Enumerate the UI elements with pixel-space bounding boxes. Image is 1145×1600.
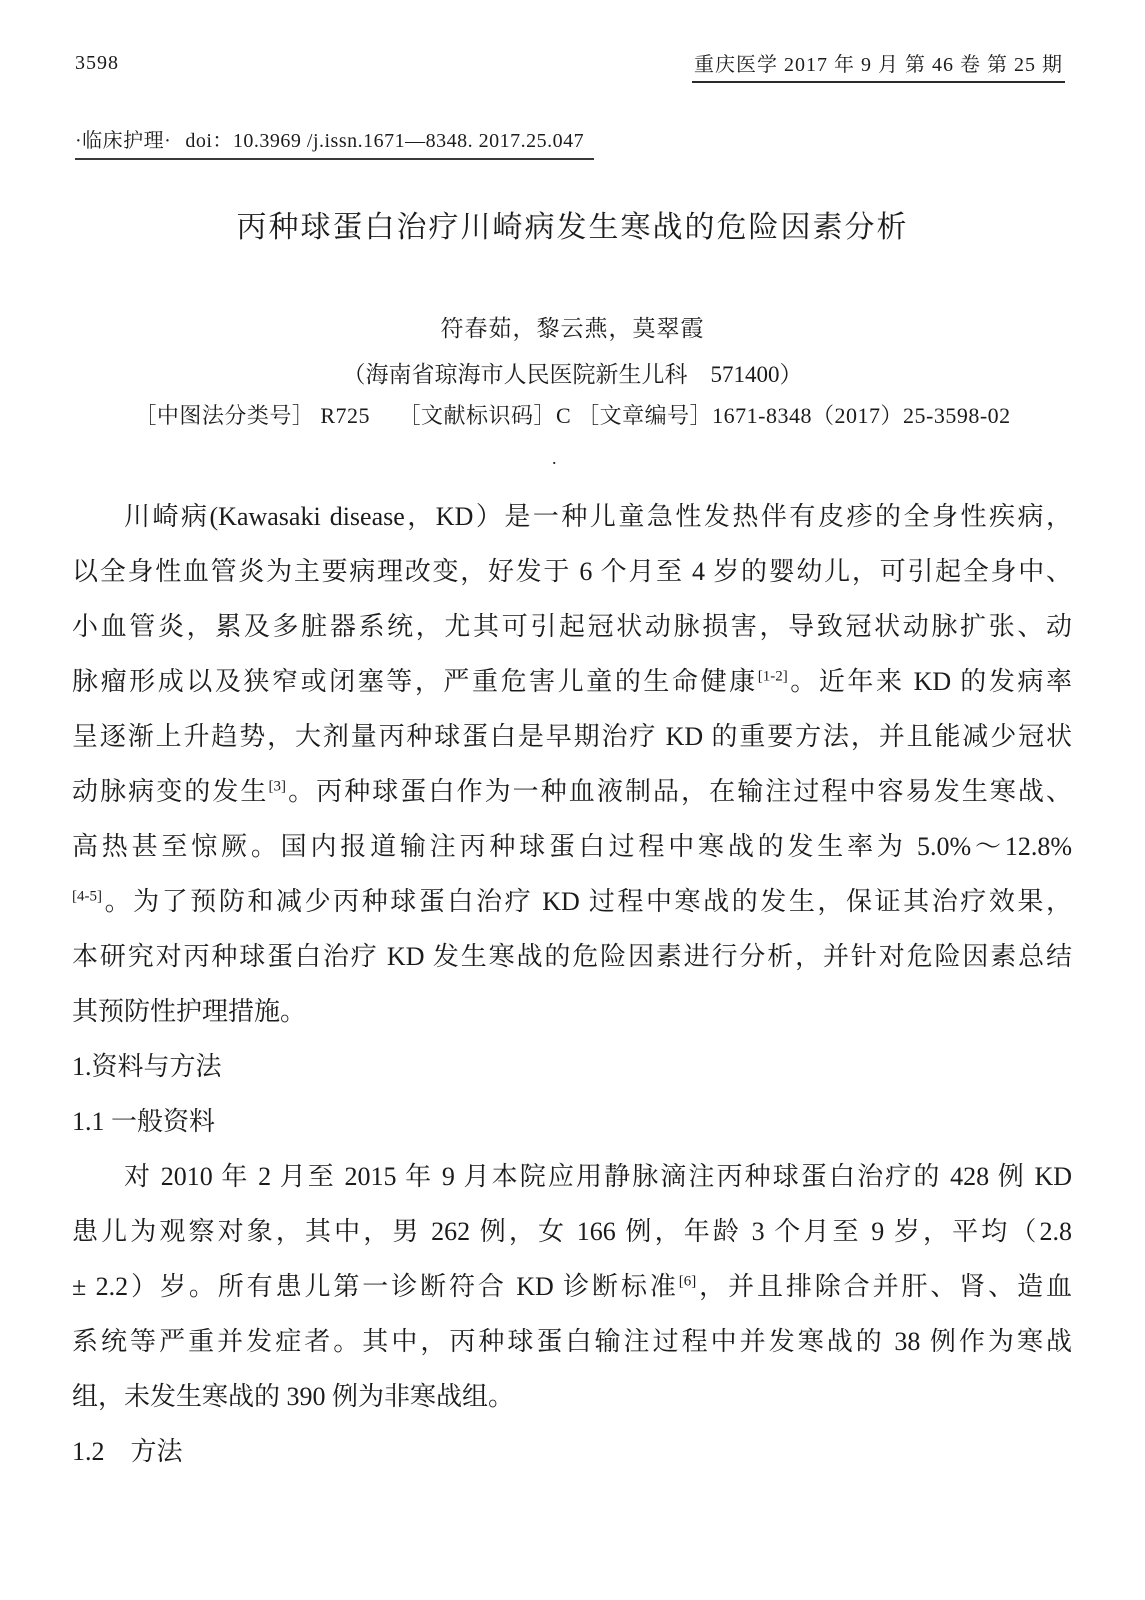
text-segment: 高热甚至惊厥。国内报道输注丙种球蛋白过程中寒战的发生率为 5.0%～12.8% xyxy=(72,832,1072,861)
body-line: 小血管炎，累及多脏器系统，尤其可引起冠状动脉损害，导致冠状动脉扩张、动 xyxy=(72,599,1072,654)
text-segment: 本研究对丙种球蛋白治疗 KD 发生寒战的危险因素进行分析，并针对危险因素总结 xyxy=(72,942,1072,971)
text-segment: ± 2.2）岁。所有患儿第一诊断符合 KD 诊断标准 xyxy=(72,1272,679,1301)
body-line: 系统等严重并发症者。其中，丙种球蛋白输注过程中并发寒战的 38 例作为寒战 xyxy=(72,1314,1072,1369)
text-segment: 动脉病变的发生 xyxy=(72,777,269,806)
section-heading: 1.2 方法 xyxy=(72,1424,1072,1479)
affiliation: （海南省琼海市人民医院新生儿科 571400） xyxy=(0,356,1145,389)
body-line: 患儿为观察对象，其中，男 262 例，女 166 例，年龄 3 个月至 9 岁，… xyxy=(72,1204,1072,1259)
body-line: 以全身性血管炎为主要病理改变，好发于 6 个月至 4 岁的婴幼儿，可引起全身中、 xyxy=(72,544,1072,599)
body-line: 对 2010 年 2 月至 2015 年 9 月本院应用静脉滴注丙种球蛋白治疗的… xyxy=(72,1149,1072,1204)
text-segment: ，并且排除合并肝、肾、造血 xyxy=(696,1272,1072,1301)
body-line: 呈逐渐上升趋势，大剂量丙种球蛋白是早期治疗 KD 的重要方法，并且能减少冠状 xyxy=(72,709,1072,764)
section-label: ·临床护理· xyxy=(75,130,171,152)
text-segment: 1.资料与方法 xyxy=(72,1052,222,1081)
text-segment: 。丙种球蛋白作为一种血液制品，在输注过程中容易发生寒战、 xyxy=(286,777,1072,806)
journal-page: 3598 重庆医学 2017 年 9 月 第 46 卷 第 25 期 ·临床护理… xyxy=(0,0,1145,1600)
text-segment: 小血管炎，累及多脏器系统，尤其可引起冠状动脉损害，导致冠状动脉扩张、动 xyxy=(72,612,1072,641)
text-segment: 患儿为观察对象，其中，男 262 例，女 166 例，年龄 3 个月至 9 岁，… xyxy=(72,1217,1072,1246)
body-line: 川崎病(Kawasaki disease，KD）是一种儿童急性发热伴有皮疹的全身… xyxy=(72,489,1072,544)
author-list: 符春茹，黎云燕，莫翠霞 xyxy=(0,310,1145,343)
text-segment: 1.1 一般资料 xyxy=(72,1107,215,1136)
body-line: 动脉病变的发生[3]。丙种球蛋白作为一种血液制品，在输注过程中容易发生寒战、 xyxy=(72,764,1072,819)
section-heading: 1.1 一般资料 xyxy=(72,1094,1072,1149)
section-doi-line: ·临床护理·doi：10.3969 /j.issn.1671—8348. 201… xyxy=(75,124,594,160)
citation-superscript: [1-2] xyxy=(758,668,788,684)
article-title: 丙种球蛋白治疗川崎病发生寒战的危险因素分析 xyxy=(0,202,1145,246)
text-segment: 。为了预防和减少丙种球蛋白治疗 KD 过程中寒战的发生，保证其治疗效果， xyxy=(102,887,1072,916)
stray-scan-dot: . xyxy=(552,448,557,469)
text-segment: 以全身性血管炎为主要病理改变，好发于 6 个月至 4 岁的婴幼儿，可引起全身中、 xyxy=(72,557,1072,586)
article-body: 川崎病(Kawasaki disease，KD）是一种儿童急性发热伴有皮疹的全身… xyxy=(72,489,1072,1479)
body-line: ± 2.2）岁。所有患儿第一诊断符合 KD 诊断标准[6]，并且排除合并肝、肾、… xyxy=(72,1259,1072,1314)
body-line: 其预防性护理措施。 xyxy=(72,984,1072,1039)
section-heading: 1.资料与方法 xyxy=(72,1039,1072,1094)
text-segment: 呈逐渐上升趋势，大剂量丙种球蛋白是早期治疗 KD 的重要方法，并且能减少冠状 xyxy=(72,722,1072,751)
citation-superscript: [4-5] xyxy=(72,888,102,904)
citation-superscript: [3] xyxy=(269,778,287,794)
classification-line: ［中图法分类号］ R725 ［文献标识码］C ［文章编号］1671-8348（2… xyxy=(0,399,1145,430)
body-line: 本研究对丙种球蛋白治疗 KD 发生寒战的危险因素进行分析，并针对危险因素总结 xyxy=(72,929,1072,984)
body-line: 组，未发生寒战的 390 例为非寒战组。 xyxy=(72,1369,1072,1424)
text-segment: 其预防性护理措施。 xyxy=(72,997,306,1026)
text-segment: 川崎病(Kawasaki disease，KD）是一种儿童急性发热伴有皮疹的全身… xyxy=(124,502,1072,531)
journal-running-head: 重庆医学 2017 年 9 月 第 46 卷 第 25 期 xyxy=(692,48,1065,83)
page-number: 3598 xyxy=(75,52,119,75)
text-segment: 对 2010 年 2 月至 2015 年 9 月本院应用静脉滴注丙种球蛋白治疗的… xyxy=(124,1162,1072,1191)
body-line: 高热甚至惊厥。国内报道输注丙种球蛋白过程中寒战的发生率为 5.0%～12.8% xyxy=(72,819,1072,874)
text-segment: 1.2 方法 xyxy=(72,1437,183,1466)
text-segment: 系统等严重并发症者。其中，丙种球蛋白输注过程中并发寒战的 38 例作为寒战 xyxy=(72,1327,1072,1356)
doi-text: doi：10.3969 /j.issn.1671—8348. 2017.25.0… xyxy=(185,130,584,152)
citation-superscript: [6] xyxy=(679,1273,697,1289)
text-segment: 脉瘤形成以及狭窄或闭塞等，严重危害儿童的生命健康 xyxy=(72,667,758,696)
text-segment: 。近年来 KD 的发病率 xyxy=(788,667,1072,696)
text-segment: 组，未发生寒战的 390 例为非寒战组。 xyxy=(72,1382,514,1411)
body-line: 脉瘤形成以及狭窄或闭塞等，严重危害儿童的生命健康[1-2]。近年来 KD 的发病… xyxy=(72,654,1072,709)
body-line: [4-5]。为了预防和减少丙种球蛋白治疗 KD 过程中寒战的发生，保证其治疗效果… xyxy=(72,874,1072,929)
